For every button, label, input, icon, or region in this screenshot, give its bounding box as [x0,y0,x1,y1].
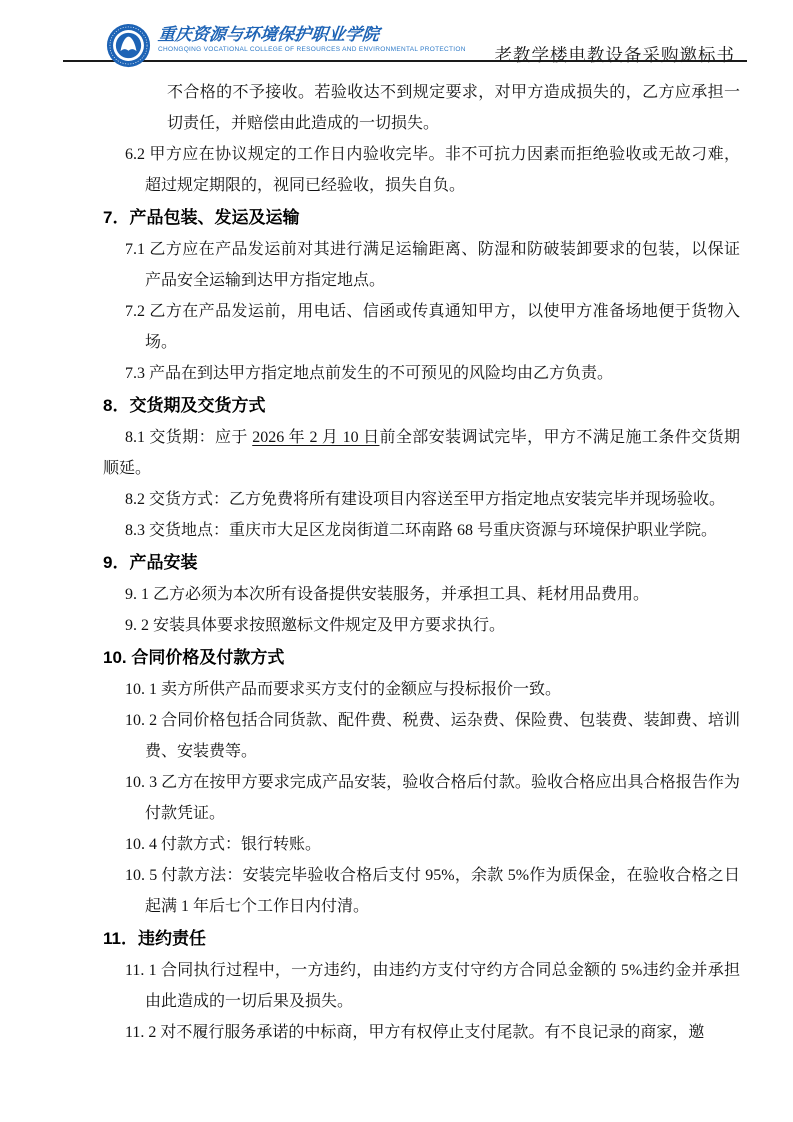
clause-9-2: 9. 2 安装具体要求按照邀标文件规定及甲方要求执行。 [103,610,740,641]
document-body: 不合格的不予接收。若验收达不到规定要求，对甲方造成损失的，乙方应承担一切责任，并… [0,62,793,1048]
section-9-heading: 9．产品安装 [103,547,740,578]
page-header: 重庆资源与环境保护职业学院 CHONGQING VOCATIONAL COLLE… [63,0,747,62]
clause-6-1-continuation: 不合格的不予接收。若验收达不到规定要求，对甲方造成损失的，乙方应承担一切责任，并… [103,77,740,139]
college-name-zh: 重庆资源与环境保护职业学院 [157,25,467,45]
clause-10-4: 10. 4 付款方式：银行转账。 [103,829,740,860]
clause-7-1: 7.1 乙方应在产品发运前对其进行满足运输距离、防湿和防破装卸要求的包装，以保证… [103,234,740,296]
college-name-en: CHONGQING VOCATIONAL COLLEGE OF RESOURCE… [158,45,466,54]
clause-10-5: 10. 5 付款方法：安装完毕验收合格后支付 95%，余款 5%作为质保金，在验… [103,860,740,922]
clause-9-1: 9. 1 乙方必须为本次所有设备提供安装服务，并承担工具、耗材用品费用。 [103,579,740,610]
clause-10-3: 10. 3 乙方在按甲方要求完成产品安装，验收合格后付款。验收合格应出具合格报告… [103,767,740,829]
document-header-title: 老教学楼电教设备采购邀标书 [495,42,736,67]
clause-7-3: 7.3 产品在到达甲方指定地点前发生的不可预见的风险均由乙方负责。 [103,358,740,389]
section-7-heading: 7．产品包装、发运及运输 [103,202,740,233]
clause-10-2: 10. 2 合同价格包括合同货款、配件费、税费、运杂费、保险费、包装费、装卸费、… [103,705,740,767]
college-logo: 重庆资源与环境保护职业学院 CHONGQING VOCATIONAL COLLE… [106,23,466,68]
clause-11-1: 11. 1 合同执行过程中，一方违约，由违约方支付守约方合同总金额的 5%违约金… [103,955,740,1017]
clause-6-2: 6.2 甲方应在协议规定的工作日内验收完毕。非不可抗力因素而拒绝验收或无故刁难，… [103,139,740,201]
section-8-heading: 8．交货期及交货方式 [103,390,740,421]
clause-10-1: 10. 1 卖方所供产品而要求买方支付的金额应与投标报价一致。 [103,674,740,705]
section-11-heading: 11．违约责任 [103,923,740,954]
clause-8-1-prefix: 8.1 交货期：应于 [125,429,252,446]
delivery-date-underlined: 2026 年 2 月 10 日 [252,429,379,446]
college-seal-icon [106,23,151,68]
clause-8-2: 8.2 交货方式：乙方免费将所有建设项目内容送至甲方指定地点安装完毕并现场验收。 [103,484,740,515]
document-page: 重庆资源与环境保护职业学院 CHONGQING VOCATIONAL COLLE… [0,0,793,1122]
clause-8-3: 8.3 交货地点：重庆市大足区龙岗街道二环南路 68 号重庆资源与环境保护职业学… [103,515,740,546]
clause-11-2: 11. 2 对不履行服务承诺的中标商，甲方有权停止支付尾款。有不良记录的商家，邀 [103,1017,740,1048]
section-10-heading: 10. 合同价格及付款方式 [103,642,740,673]
clause-8-1: 8.1 交货期：应于 2026 年 2 月 10 日前全部安装调试完毕，甲方不满… [103,422,740,484]
college-logo-text: 重庆资源与环境保护职业学院 CHONGQING VOCATIONAL COLLE… [158,23,466,54]
clause-7-2: 7.2 乙方在产品发运前，用电话、信函或传真通知甲方，以使甲方准备场地便于货物入… [103,296,740,358]
